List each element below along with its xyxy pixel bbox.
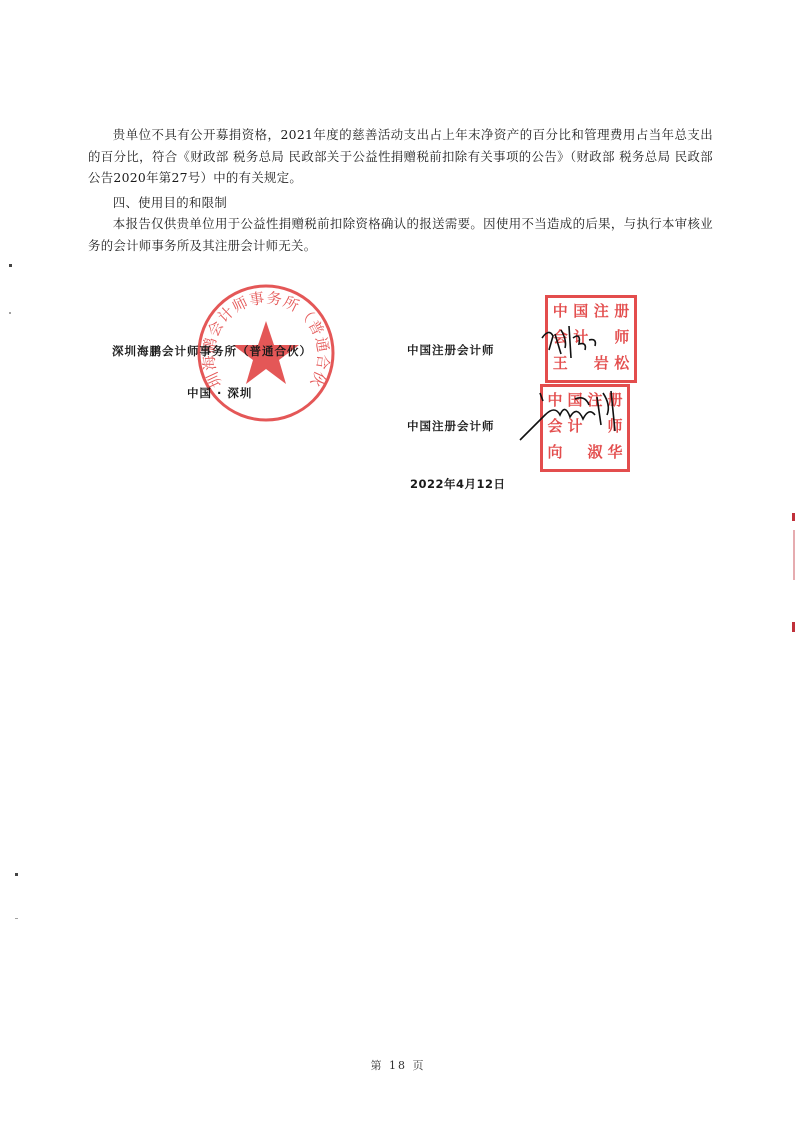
page-edge-seal-fragment: [792, 622, 795, 632]
seal-character: 松: [612, 352, 633, 378]
paragraph-usage-restriction: 本报告仅供贵单位用于公益性捐赠税前扣除资格确认的报送需要。因使用不当造成的后果，…: [88, 213, 713, 256]
paragraph-compliance: 贵单位不具有公开募捐资格，2021年度的慈善活动支出占上年末净资产的百分比和管理…: [88, 124, 713, 189]
cpa-label-2: 中国注册会计师: [407, 418, 495, 434]
cpa-label-1: 中国注册会计师: [407, 342, 495, 358]
firm-location: 中国 · 深圳: [187, 385, 252, 401]
page-edge-seal-fragment: [792, 513, 795, 521]
report-date: 2022年4月12日: [410, 476, 506, 492]
page-number: 第 18 页: [0, 1057, 796, 1073]
seal-character: 册: [612, 300, 633, 326]
cpa-signature-1: [537, 320, 607, 360]
cpa-signature-2: [515, 385, 630, 445]
scan-mark: [9, 264, 12, 267]
seal-character: 师: [612, 326, 633, 352]
scan-mark: [15, 873, 18, 876]
firm-name: 深圳海鹏会计师事务所（普通合伙）: [112, 343, 312, 359]
section-heading: 四、使用目的和限制: [88, 192, 713, 214]
scan-mark: [9, 312, 11, 314]
page-edge-seal-fragment: [793, 530, 795, 580]
scan-mark: [15, 918, 18, 919]
